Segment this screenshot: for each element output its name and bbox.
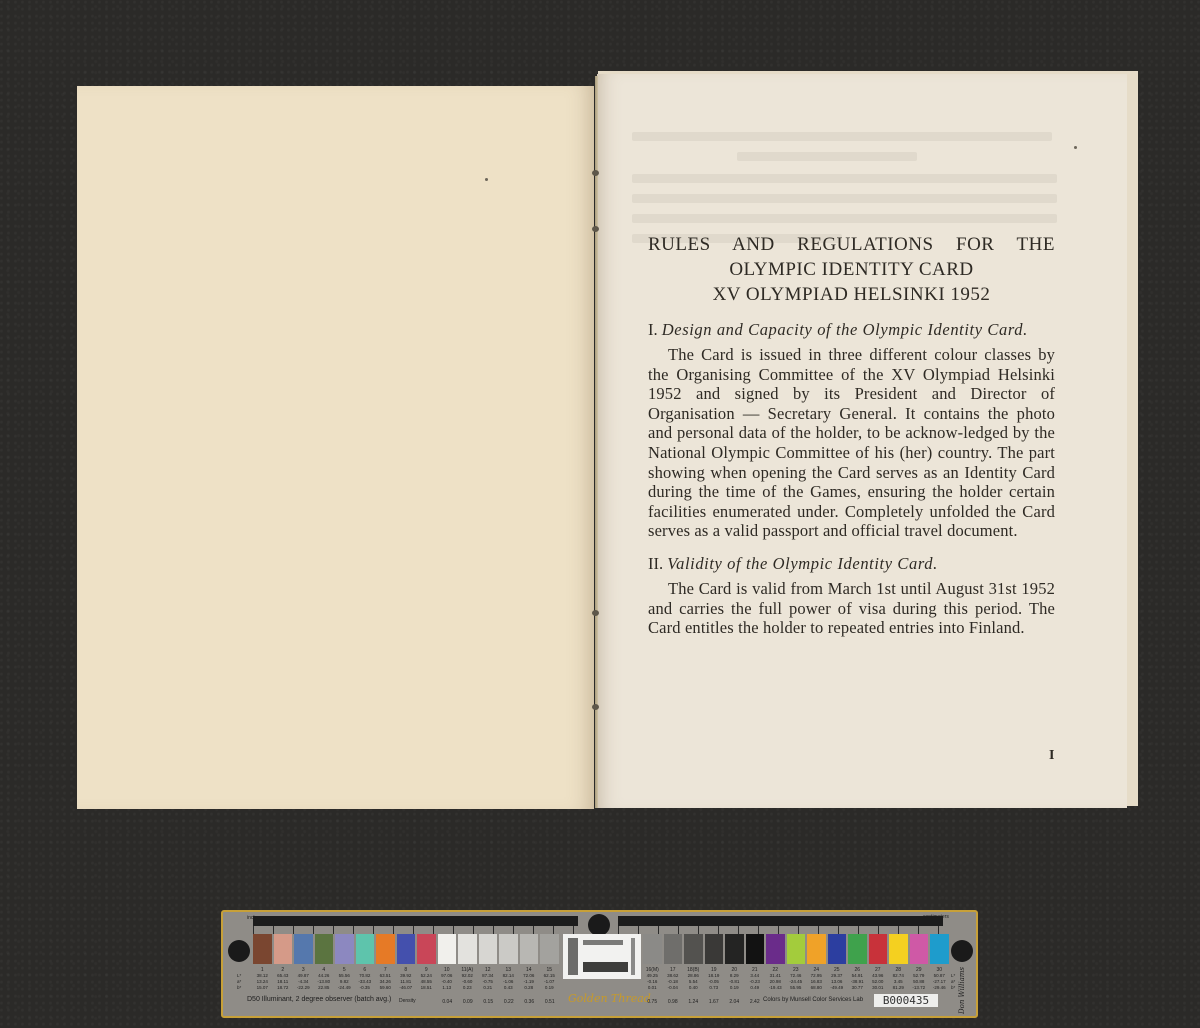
color-patch [869, 934, 888, 964]
color-patch [705, 934, 724, 964]
binding-stitch [592, 704, 599, 710]
lab-value-cell: 72.06-1.190.28 [519, 973, 540, 991]
title-line-1: RULES AND REGULATIONS FOR THE [648, 232, 1055, 257]
section-1-body: The Card is issued in three different co… [648, 345, 1055, 541]
density-values-left: 0.040.090.150.220.360.51 [437, 999, 560, 1005]
card-hole-left [228, 940, 250, 962]
color-patches-right [643, 934, 949, 964]
book-gutter [595, 76, 598, 808]
color-patch [499, 934, 518, 964]
color-patch [520, 934, 539, 964]
lab-value-cell: 49.87-4.34-22.29 [293, 973, 314, 991]
card-hole-right [951, 940, 973, 962]
lab-value-cell: 92.02-0.600.23 [457, 973, 478, 991]
density-value: 1.67 [704, 999, 725, 1005]
munsell-credit: Colors by Munsell Color Services Lab [763, 997, 863, 1003]
cm-ruler [618, 916, 943, 926]
lab-value-cell: 3.44-0.230.49 [745, 973, 766, 991]
lab-value-cell: 72.9516.8368.80 [806, 973, 827, 991]
color-patch [746, 934, 765, 964]
target-bar [583, 940, 623, 945]
section-2-heading: II. Validity of the Olympic Identity Car… [648, 554, 1055, 573]
density-value: 0.22 [499, 999, 520, 1005]
left-blank-page [77, 86, 594, 809]
section-1-title: Design and Capacity of the Olympic Ident… [662, 320, 1028, 339]
lab-value-cell: 82.14-1.060.43 [498, 973, 519, 991]
color-patch [294, 934, 313, 964]
density-value: 0.36 [519, 999, 540, 1005]
density-value: 2.04 [724, 999, 745, 1005]
lab-value-cell: 72.46-24.4555.95 [786, 973, 807, 991]
color-patch [335, 934, 354, 964]
color-patch [479, 934, 498, 964]
serial-number: B000435 [874, 994, 938, 1007]
lab-value-cell: 87.34-0.750.21 [478, 973, 499, 991]
color-patch [684, 934, 703, 964]
color-patch [356, 934, 375, 964]
show-through-text [632, 132, 1052, 141]
density-value: 0.04 [437, 999, 458, 1005]
color-patch [397, 934, 416, 964]
binding-stitch [592, 610, 599, 616]
lab-value-cell: 29.3713.06-49.49 [827, 973, 848, 991]
lab-value-cell: 50.87-27.17-29.46 [929, 973, 950, 991]
lab-value-cell: 65.4318.1118.72 [273, 973, 294, 991]
section-2-title: Validity of the Olympic Identity Card. [667, 554, 938, 573]
density-value: 0.09 [458, 999, 479, 1005]
lab-value-cell: 63.5134.2659.60 [375, 973, 396, 991]
color-patch [376, 934, 395, 964]
inch-ruler [253, 916, 578, 926]
lab-value-cell: 49.25-0.160.01 [642, 973, 663, 991]
title-line-3: XV OLYMPIAD HELSINKI 1952 [648, 282, 1055, 307]
color-patch [725, 934, 744, 964]
centimeters-label: centimeters [923, 914, 949, 920]
show-through-text [632, 194, 1057, 203]
rules-text: RULES AND REGULATIONS FOR THE OLYMPIC ID… [648, 232, 1055, 638]
signature: Don Williams [958, 967, 966, 1014]
lab-value-cell: 70.82-33.43-0.35 [355, 973, 376, 991]
binding-stitch [592, 170, 599, 176]
target-bar [631, 938, 635, 975]
ruler-ticks [253, 926, 578, 934]
density-value: 0.51 [540, 999, 561, 1005]
lab-axis-right: L* a* b* [951, 973, 955, 991]
lab-axis-left: L* a* b* [237, 973, 241, 991]
card-hole-center [588, 914, 610, 936]
show-through-text [737, 152, 917, 161]
page-number: I [1049, 748, 1054, 764]
brand-script: Golden Thread [568, 992, 651, 1005]
color-patch [664, 934, 683, 964]
color-calibration-card: inches centimeters 1234567891011(A)12131… [221, 910, 978, 1018]
lab-value-cell: 55.569.82-24.49 [334, 973, 355, 991]
lab-value-cell: 38.1213.2415.07 [252, 973, 273, 991]
density-value: 0.15 [478, 999, 499, 1005]
section-2-number: II. [648, 554, 663, 573]
density-label: Density [399, 998, 416, 1004]
color-patch [458, 934, 477, 964]
color-patch [643, 934, 662, 964]
lab-values-left: 38.1213.2415.0765.4318.1118.7249.87-4.34… [252, 973, 560, 991]
show-through-text [632, 174, 1057, 183]
lab-value-cell: 31.4120.98-19.43 [765, 973, 786, 991]
lab-value-cell: 28.865.540.40 [683, 973, 704, 991]
density-values-right: 0.750.981.241.672.042.42 [642, 999, 765, 1005]
color-patch [787, 934, 806, 964]
color-patch [766, 934, 785, 964]
ruler-ticks [618, 926, 943, 934]
lab-value-cell: 8.29-0.810.19 [724, 973, 745, 991]
show-through-text [632, 214, 1057, 223]
paper-speck [485, 178, 488, 181]
binding-stitch [592, 226, 599, 232]
title-line-2: OLYMPIC IDENTITY CARD [648, 257, 1055, 282]
lab-values-right: 49.25-0.160.0138.62-0.18-0.0428.865.540.… [642, 973, 950, 991]
illuminant-note: D50 Illuminant, 2 degree observer (batch… [247, 996, 391, 1003]
color-patch [828, 934, 847, 964]
color-patch [274, 934, 293, 964]
density-value: 1.24 [683, 999, 704, 1005]
lab-value-cell: 97.06-0.401.13 [437, 973, 458, 991]
lab-value-cell: 44.26-13.8022.85 [314, 973, 335, 991]
density-value: 2.42 [745, 999, 766, 1005]
color-patch [417, 934, 436, 964]
color-patch [253, 934, 272, 964]
color-patch [930, 934, 949, 964]
lab-value-cell: 39.9211.81-46.07 [396, 973, 417, 991]
lab-value-cell: 52.2448.5518.51 [416, 973, 437, 991]
lab-value-cell: 82.743.4581.29 [888, 973, 909, 991]
section-1-number: I. [648, 320, 658, 339]
paper-speck [1074, 146, 1077, 149]
target-bar [568, 938, 578, 975]
color-patch [438, 934, 457, 964]
lab-value-cell: 18.19-0.050.73 [704, 973, 725, 991]
lab-value-cell: 54.91-38.9130.77 [847, 973, 868, 991]
color-patch [910, 934, 929, 964]
color-patches-left [253, 934, 559, 964]
resolution-target [563, 934, 641, 979]
target-bar [583, 962, 628, 972]
color-patch [889, 934, 908, 964]
density-value: 0.98 [663, 999, 684, 1005]
color-patch [848, 934, 867, 964]
color-patch [315, 934, 334, 964]
color-patch [540, 934, 559, 964]
color-patch [807, 934, 826, 964]
lab-value-cell: 38.62-0.18-0.04 [663, 973, 684, 991]
lab-value-cell: 52.7950.88-13.72 [909, 973, 930, 991]
lab-value-cell: 62.15-1.070.19 [539, 973, 560, 991]
section-2-body: The Card is valid from March 1st until A… [648, 579, 1055, 638]
density-value: 0.75 [642, 999, 663, 1005]
lab-value-cell: 43.9652.0030.01 [868, 973, 889, 991]
section-1-heading: I. Design and Capacity of the Olympic Id… [648, 320, 1055, 339]
